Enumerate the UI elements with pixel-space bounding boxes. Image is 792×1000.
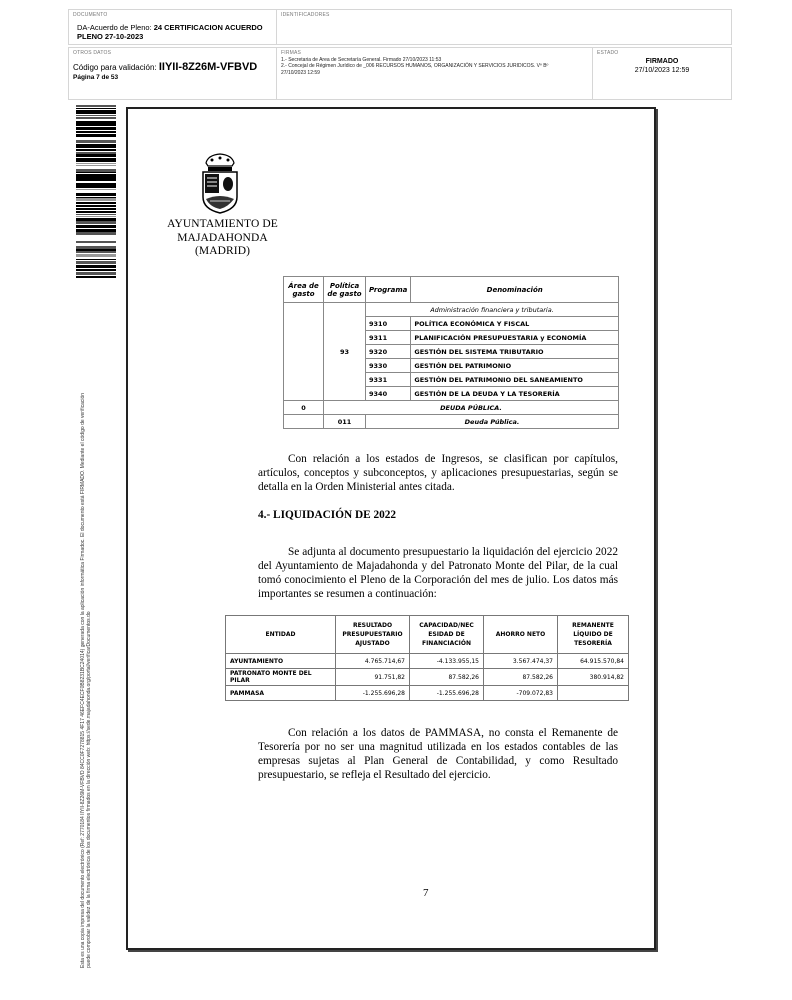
programa-name: GESTIÓN DEL PATRIMONIO [411, 359, 619, 373]
table-row: 011 Deuda Pública. [284, 415, 619, 429]
paragraph-pammasa: Con relación a los datos de PAMMASA, no … [258, 726, 618, 782]
paragraph-liquidacion: Se adjunta al documento presupuestario l… [258, 545, 618, 601]
municipality-name: AYUNTAMIENTO DE MAJADAHONDA (MADRID) [155, 218, 290, 259]
paragraph-ingresos: Con relación a los estados de Ingresos, … [258, 452, 618, 494]
validation-code-value[interactable]: IIYII-8Z26M-VFBVD [159, 61, 257, 73]
municipality-line-1: AYUNTAMIENTO DE [155, 218, 290, 232]
table-row: PATRONATO MONTE DEL PILAR91.751,8287.582… [226, 669, 629, 686]
program-table: Área de gasto Política de gasto Programa… [283, 276, 619, 429]
programa-code: 9340 [366, 387, 411, 401]
header-politica: Política de gasto [324, 277, 366, 303]
programa-code: 9330 [366, 359, 411, 373]
liq-header-cell: AHORRO NETO [484, 616, 558, 654]
paragraph-ingresos-text: Con relación a los estados de Ingresos, … [258, 453, 618, 493]
header-programa: Programa [366, 277, 411, 303]
documento-label: DOCUMENTO [73, 12, 108, 18]
identificadores-label: IDENTIFICADORES [281, 12, 330, 18]
paragraph-pammasa-text: Con relación a los datos de PAMMASA, no … [258, 727, 618, 781]
value-cell: -1.255.696,28 [410, 686, 484, 701]
liquidation-table: ENTIDADRESULTADOPRESUPUESTARIOAJUSTADOCA… [225, 615, 629, 701]
value-cell: -709.072,83 [484, 686, 558, 701]
programa-name: GESTIÓN DEL PATRIMONIO DEL SANEAMIENTO [411, 373, 619, 387]
table-row: 93 Administración financiera y tributari… [284, 303, 619, 317]
programa-name: POLÍTICA ECONÓMICA Y FISCAL [411, 317, 619, 331]
value-cell: 4.765.714,67 [336, 654, 410, 669]
document-title-prefix: DA-Acuerdo de Pleno: [77, 23, 154, 32]
municipality-line-2: MAJADAHONDA [155, 232, 290, 246]
value-cell: 87.582,26 [410, 669, 484, 686]
programa-name: GESTIÓN DEL SISTEMA TRIBUTARIO [411, 345, 619, 359]
entidad-cell: PAMMASA [226, 686, 336, 701]
deuda-denominacion: Deuda Pública. [366, 415, 619, 429]
document-title: DA-Acuerdo de Pleno: 24 CERTIFICACION AC… [77, 23, 267, 41]
value-cell: 64.915.570,84 [558, 654, 629, 669]
header-denominacion: Denominación [411, 277, 619, 303]
firma-2: 2.- Concejal de Régimen Jurídico de _006… [281, 63, 548, 69]
area-deuda: 0 [284, 401, 324, 415]
estado-cell: ESTADO FIRMADO 27/10/2023 12:59 [592, 48, 731, 99]
programa-code: 9331 [366, 373, 411, 387]
estado-label: ESTADO [597, 50, 618, 56]
side-text-line-2: puede comprobar la validez de la firma e… [86, 278, 92, 968]
table-row: 0 DEUDA PÚBLICA. [284, 401, 619, 415]
documento-cell: DOCUMENTO DA-Acuerdo de Pleno: 24 CERTIF… [69, 10, 276, 44]
firmas-list: 1.- Secretaria de Area de Secretaría Gen… [281, 57, 548, 76]
area-cell-empty [284, 303, 324, 401]
validation-code-label: Código para validación: [73, 63, 159, 72]
liq-header-cell: CAPACIDAD/NECESIDAD DEFINANCIACIÓN [410, 616, 484, 654]
section-heading: 4.- LIQUIDACIÓN DE 2022 [258, 509, 396, 521]
liq-header-cell: ENTIDAD [226, 616, 336, 654]
document-header-row: DOCUMENTO DA-Acuerdo de Pleno: 24 CERTIF… [68, 9, 732, 45]
value-cell: 87.582,26 [484, 669, 558, 686]
table-row: PAMMASA-1.255.696,28-1.255.696,28-709.07… [226, 686, 629, 701]
status-date: 27/10/2023 12:59 [593, 67, 731, 76]
value-cell: -1.255.696,28 [336, 686, 410, 701]
value-cell: 3.567.474,37 [484, 654, 558, 669]
deuda-politica: 011 [324, 415, 366, 429]
page-number: 7 [423, 887, 429, 899]
liq-header-cell: REMANENTELÍQUIDO DETESORERÍA [558, 616, 629, 654]
status-badge: FIRMADO [593, 58, 731, 67]
municipality-line-3: (MADRID) [155, 245, 290, 259]
liquidation-table-header: ENTIDADRESULTADOPRESUPUESTARIOAJUSTADOCA… [226, 616, 629, 654]
value-cell [558, 686, 629, 701]
group-title: Administración financiera y tributaria. [366, 303, 619, 317]
otros-datos-cell: OTROS DATOS Código para validación: IIYI… [69, 48, 276, 99]
entidad-cell: AYUNTAMIENTO [226, 654, 336, 669]
programa-name: PLANIFICACIÓN PRESUPUESTARIA y ECONOMÍA [411, 331, 619, 345]
program-table-header: Área de gasto Política de gasto Programa… [284, 277, 619, 303]
programa-code: 9311 [366, 331, 411, 345]
table-row: AYUNTAMIENTO4.765.714,67-4.133.955,153.5… [226, 654, 629, 669]
entidad-cell: PATRONATO MONTE DEL PILAR [226, 669, 336, 686]
firma-2-date: 27/10/2023 12:59 [281, 70, 548, 76]
otros-datos-label: OTROS DATOS [73, 50, 111, 56]
page-count: Página 7 de 53 [73, 74, 118, 81]
value-cell: 380.914,82 [558, 669, 629, 686]
firmas-cell: FIRMAS 1.- Secretaria de Area de Secreta… [276, 48, 592, 99]
value-cell: -4.133.955,15 [410, 654, 484, 669]
politica-cell: 93 [324, 303, 366, 401]
paragraph-liquidacion-text: Se adjunta al documento presupuestario l… [258, 546, 618, 600]
programa-code: 9310 [366, 317, 411, 331]
programa-name: GESTIÓN DE LA DEUDA Y LA TESORERÍA [411, 387, 619, 401]
identificadores-cell: IDENTIFICADORES [276, 10, 731, 44]
barcode-icon [76, 105, 116, 277]
coat-of-arms-icon [198, 153, 242, 215]
value-cell: 91.751,82 [336, 669, 410, 686]
empty-cell [284, 415, 324, 429]
document-header-row-2: OTROS DATOS Código para validación: IIYI… [68, 47, 732, 100]
header-area: Área de gasto [284, 277, 324, 303]
validation-code[interactable]: Código para validación: IIYII-8Z26M-VFBV… [73, 61, 257, 73]
estado-value: FIRMADO 27/10/2023 12:59 [593, 58, 731, 75]
firmas-label: FIRMAS [281, 50, 301, 56]
liq-header-cell: RESULTADOPRESUPUESTARIOAJUSTADO [336, 616, 410, 654]
verification-side-text: Esta es una copia impresa del documento … [80, 278, 92, 968]
deuda-title: DEUDA PÚBLICA. [324, 401, 619, 415]
programa-code: 9320 [366, 345, 411, 359]
